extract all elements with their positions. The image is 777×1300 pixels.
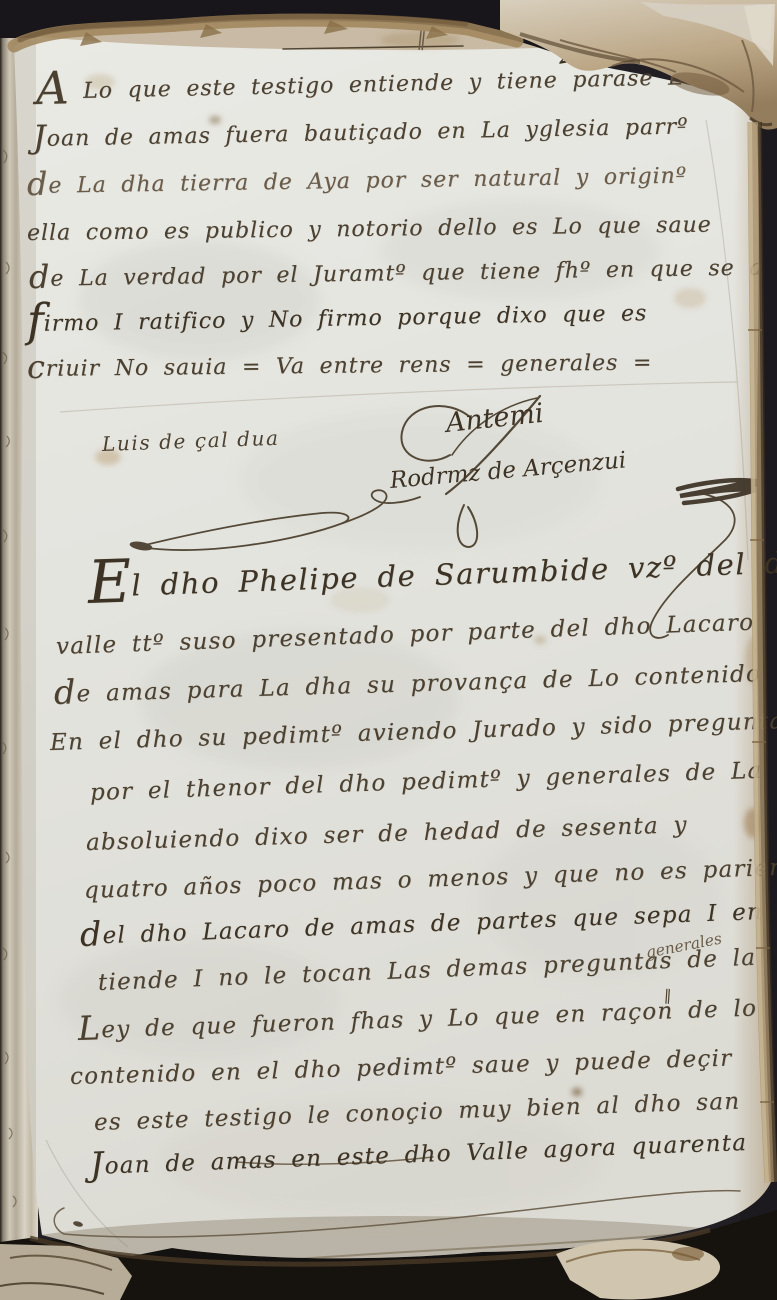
manuscript-text: ‖ 22 A Lo que este testigo entiende y ti… bbox=[0, 0, 777, 1300]
manuscript-line: Ley de que fueron fhas y Lo que en raçon… bbox=[78, 995, 758, 1044]
manuscript-line: de La verdad por el Juramtº que tiene fh… bbox=[29, 255, 764, 292]
witness-signature: Luis de çal dua bbox=[102, 426, 280, 456]
manuscript-line: criuir No sauia = Va entre rens = genera… bbox=[27, 350, 653, 382]
manuscript-line: valle ttº suso presentado por parte del … bbox=[56, 610, 755, 660]
manuscript-line: es este testigo le conoçio muy bien al d… bbox=[94, 1089, 741, 1136]
manuscript-line: El dho Phelipe de Sarumbide vzº del dho bbox=[87, 544, 777, 604]
insertion-mark: ‖ bbox=[663, 986, 672, 1004]
manuscript-line: A Lo que este testigo entiende y tiene p… bbox=[36, 62, 777, 105]
manuscript-line: absoluiendo dixo ser de hedad de sesenta… bbox=[86, 812, 688, 856]
page-number: 22 bbox=[555, 34, 594, 70]
manuscript-line: firmo I ratifico y No firmo porque dixo … bbox=[27, 301, 648, 337]
manuscript-line: Joan de amas fuera bautiçado en La ygles… bbox=[33, 114, 689, 152]
ante-mi-note: Antemi bbox=[444, 398, 545, 439]
manuscript-scan: ‖ 22 A Lo que este testigo entiende y ti… bbox=[0, 0, 777, 1300]
manuscript-line: contenido en el dho pedimtº saue y puede… bbox=[70, 1046, 733, 1090]
manuscript-line: Joan de amas en este dho Valle agora qua… bbox=[90, 1130, 748, 1180]
manuscript-line: por el thenor del dho pedimtº y generale… bbox=[90, 756, 777, 806]
manuscript-line: quatro años poco mas o menos y que no es… bbox=[84, 854, 777, 904]
manuscript-line: En el dho su pedimtº aviendo Jurado y si… bbox=[50, 707, 777, 756]
manuscript-line: ella como es publico y notorio dello es … bbox=[27, 213, 712, 246]
manuscript-line: de amas para La dha su provança de Lo co… bbox=[54, 661, 762, 708]
notary-signature: Rodrmz de Arçenzui bbox=[389, 447, 627, 494]
notary-rule-mark: ‖ bbox=[416, 28, 428, 51]
manuscript-line: de La dha tierra de Aya por ser natural … bbox=[27, 164, 687, 199]
